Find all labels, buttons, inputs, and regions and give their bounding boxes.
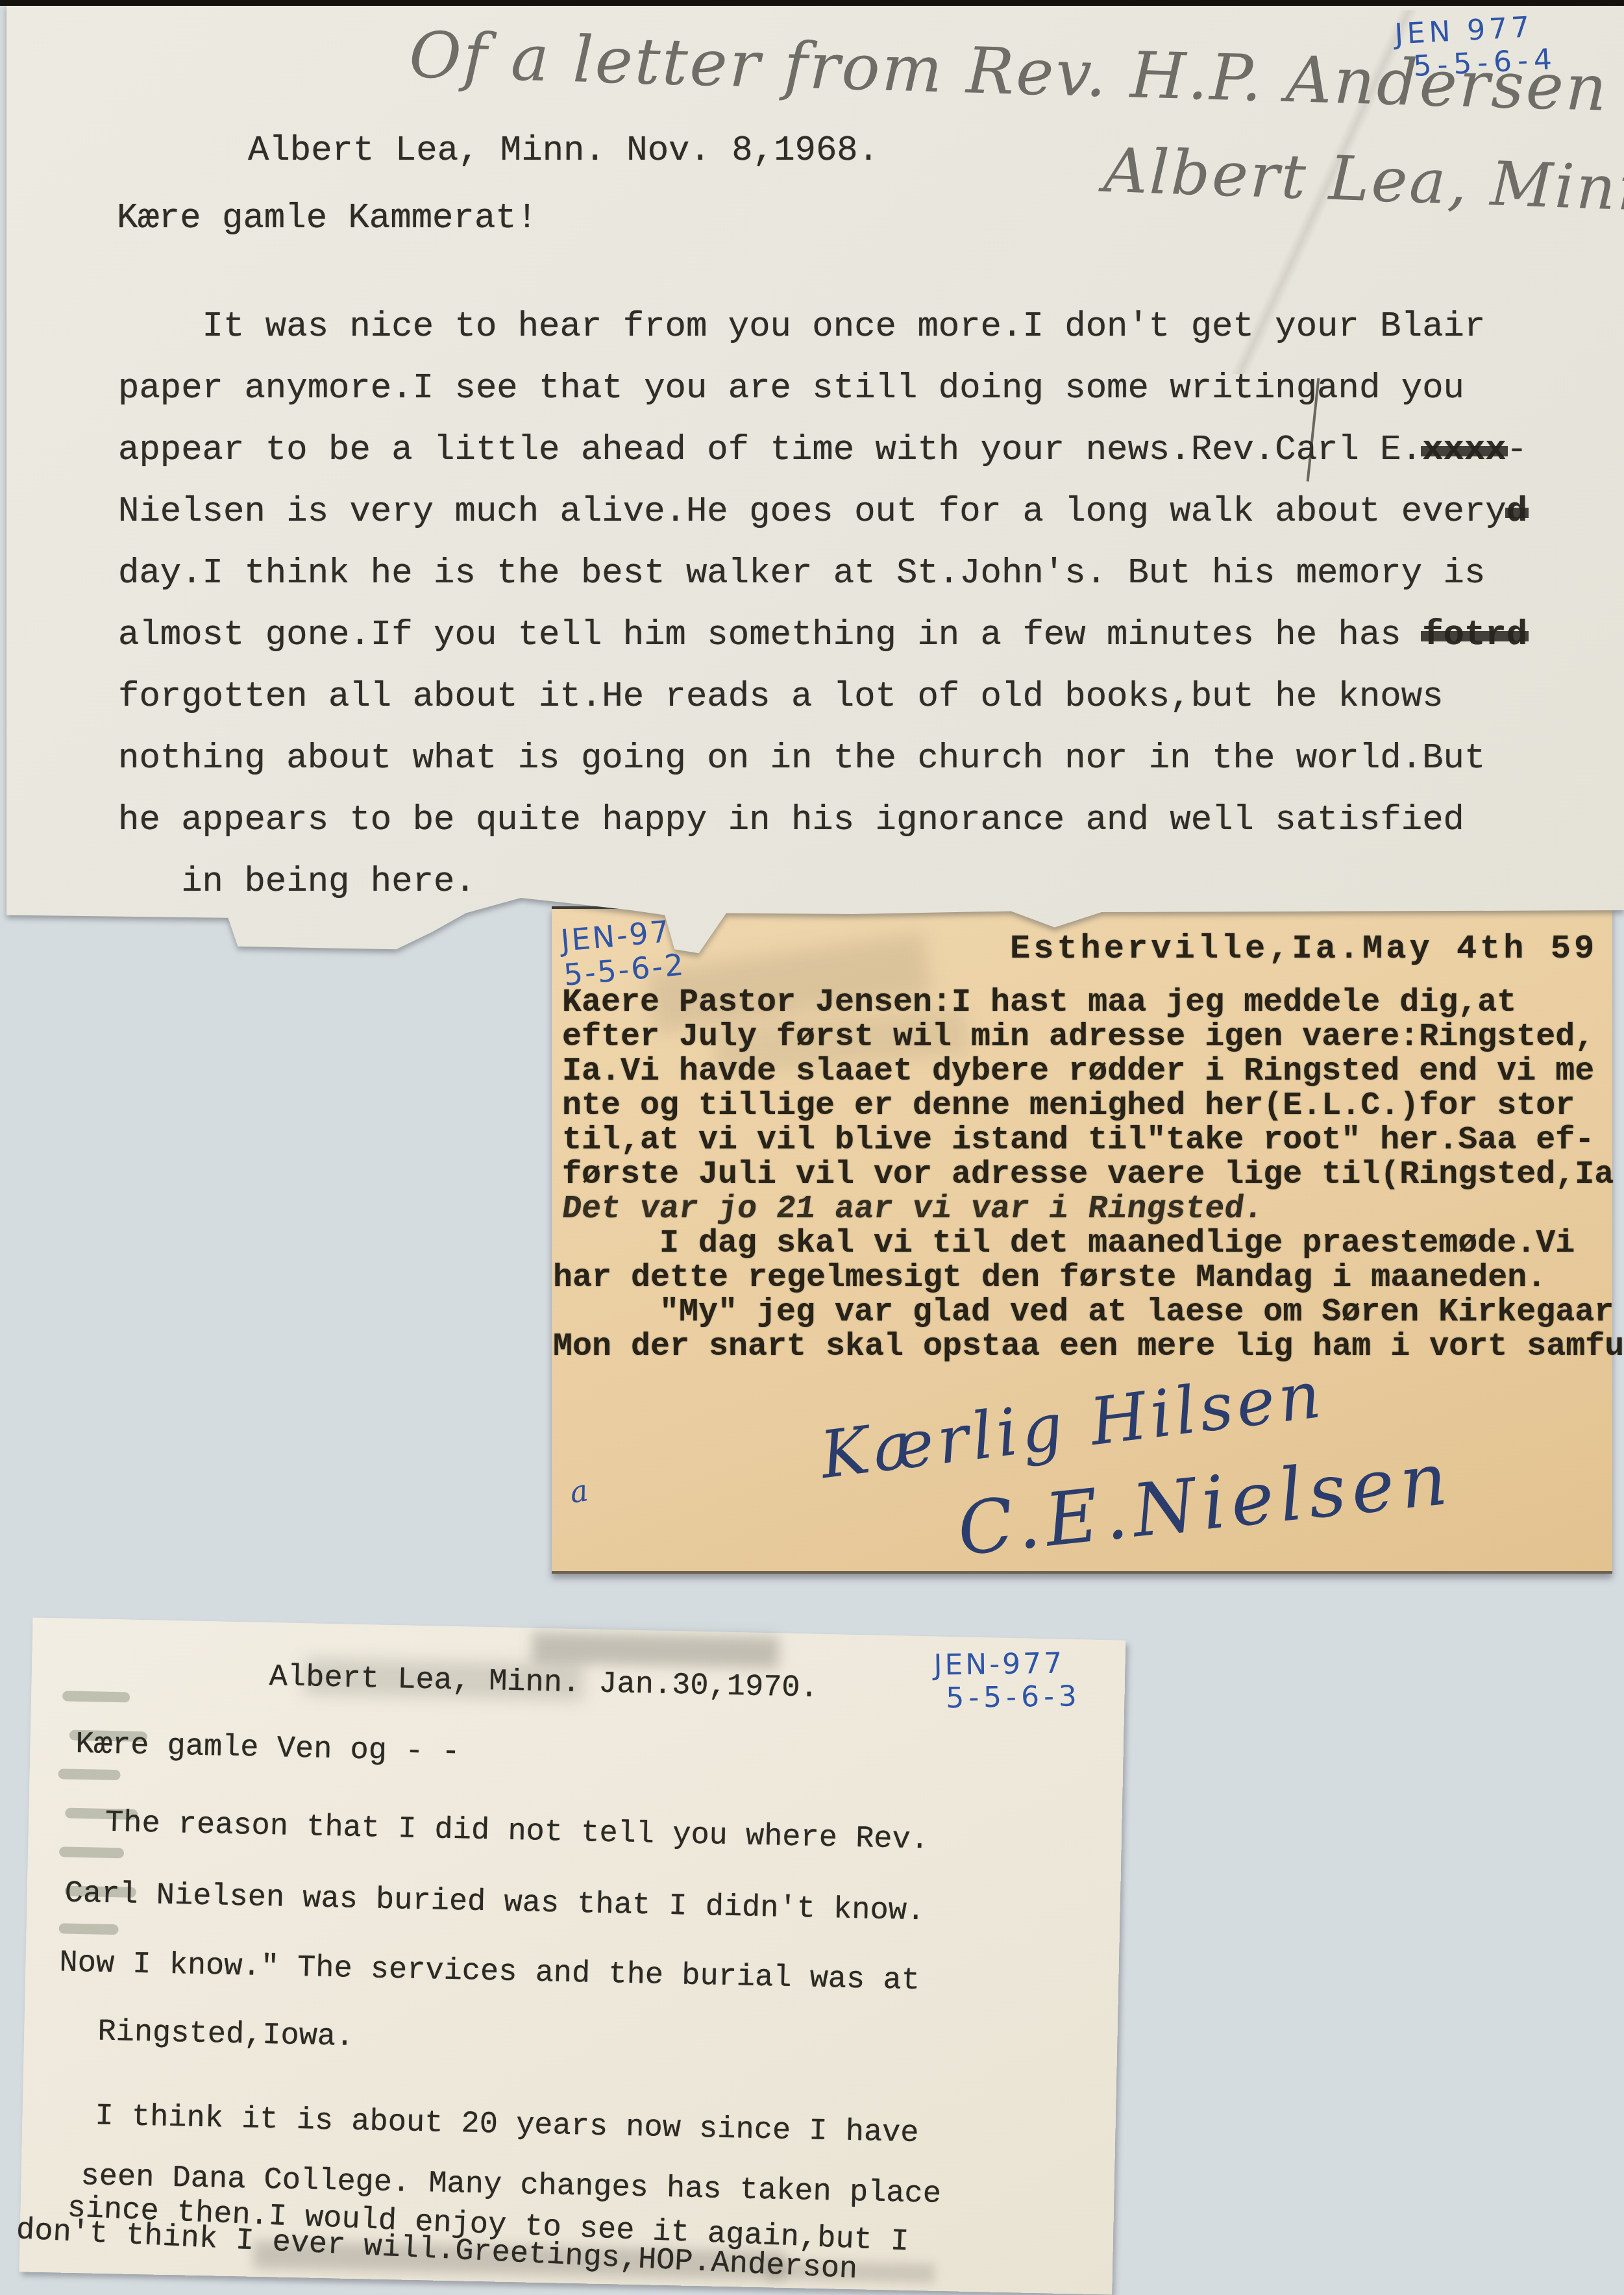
letter-1968-paper: Of a letter from Rev. H.P. Andersen Albe… — [6, 4, 1624, 957]
typed-line: The reason that I did not tell you where… — [105, 1806, 929, 1858]
cancellation-mark — [62, 1691, 130, 1702]
typed-line: har dette regelmesigt den første Mandag … — [553, 1261, 1624, 1295]
typed-line: appear to be a little ahead of time with… — [118, 419, 1527, 481]
ink-smudge — [532, 1632, 779, 1669]
typed-line: forgotten all about it.He reads a lot of… — [118, 666, 1527, 728]
typed-line: paper anymore.I see that you are still d… — [118, 358, 1527, 419]
catalog-annotation: JEN 977 5-5-6-4 — [1394, 10, 1559, 84]
ink-squiggle: a — [567, 1472, 591, 1510]
typed-line: Ringsted,Iowa. — [79, 2015, 354, 2055]
typed-segment: - — [1507, 430, 1527, 470]
letter-1968: Of a letter from Rev. H.P. Andersen Albe… — [6, 4, 1624, 957]
cancellation-mark — [59, 1846, 124, 1858]
letter-body: It was nice to hear from you once more.I… — [118, 296, 1527, 913]
typed-segment: paper anymore.I see that you are still d… — [118, 369, 1317, 408]
typed-line: he appears to be quite happy in his igno… — [118, 789, 1527, 851]
card-dateline: Albert Lea, Minn. Jan.30,1970. — [269, 1660, 818, 1706]
letter-salutation: Kære gamle Kammerat! — [117, 199, 537, 238]
typed-line: Kaere Pastor Jensen:I hast maa jeg medde… — [562, 986, 1624, 1020]
catalog-subcode: 5-5-6-3 — [946, 1680, 1081, 1715]
typed-segment-strike: fotrd — [1422, 615, 1527, 655]
typed-segment: Nielsen is very much alive.He goes out f… — [118, 492, 1507, 532]
card-1970: JEN-977 5-5-6-3 Albert Lea, Minn. Jan.30… — [19, 1617, 1126, 2294]
typed-line: første Juli vil vor adresse vaere lige t… — [562, 1158, 1624, 1192]
typed-line: nothing about what is going on in the ch… — [118, 728, 1527, 789]
postcard-body: Kaere Pastor Jensen:I hast maa jeg medde… — [562, 986, 1624, 1364]
typed-line: nte og tillige er denne menighed her(E.L… — [562, 1089, 1624, 1123]
pencil-note-line2: Albert Lea, Minn. — [1102, 136, 1624, 227]
typed-segment-strike: xxxx — [1422, 430, 1507, 470]
typed-line: I dag skal vi til det maanedlige praeste… — [562, 1226, 1624, 1261]
scanner-edge — [0, 0, 1624, 6]
catalog-annotation: JEN-977 5-5-6-3 — [933, 1647, 1081, 1715]
typed-line: til,at vi vil blive istand til"take root… — [562, 1123, 1624, 1158]
scanned-correspondence-page: Of a letter from Rev. H.P. Andersen Albe… — [0, 0, 1624, 2295]
typed-line: efter July først wil min adresse igen va… — [562, 1020, 1624, 1054]
typed-line: I think it is about 20 years now since I… — [95, 2100, 919, 2152]
typed-line: almost gone.If you tell him something in… — [118, 604, 1527, 666]
typed-segment: almost gone.If you tell him something in… — [118, 615, 1422, 655]
typed-line: Mon der snart skal opstaa een mere lig h… — [553, 1330, 1624, 1364]
typed-line: Carl Nielsen was buried was that I didn'… — [64, 1877, 925, 1929]
typed-segment: appear to be a little ahead of time with… — [118, 430, 1422, 470]
cancellation-mark — [58, 1923, 118, 1935]
typed-line: day.I think he is the best walker at St.… — [118, 543, 1527, 604]
card-salutation: Kære gamle Ven og - - — [75, 1728, 460, 1770]
catalog-code: JEN-977 — [933, 1647, 1081, 1682]
typed-line: Ia.Vi havde slaaet dybere rødder i Rings… — [562, 1054, 1624, 1089]
card-body: The reason that I did not tell you where… — [33, 1617, 1126, 1640]
typed-line: Now I know." The services and the burial… — [59, 1946, 920, 1998]
letter-dateline: Albert Lea, Minn. Nov. 8,1968. — [248, 131, 879, 171]
typed-line: Nielsen is very much alive.He goes out f… — [118, 481, 1527, 543]
typed-segment-strike: d — [1507, 492, 1527, 532]
typed-line: in being here. — [118, 851, 1527, 913]
cancellation-mark — [58, 1768, 120, 1780]
typed-line: Det var jo 21 aar vi var i Ringsted. — [560, 1192, 1624, 1226]
typed-line: "My" jeg var glad ved at laese om Søren … — [562, 1295, 1624, 1330]
postcard-1959: JEN-977 5-5-6-2 Estherville,Ia.May 4th 5… — [552, 906, 1612, 1574]
typed-line: It was nice to hear from you once more.I… — [118, 296, 1527, 358]
typed-segment: and you — [1317, 369, 1464, 408]
